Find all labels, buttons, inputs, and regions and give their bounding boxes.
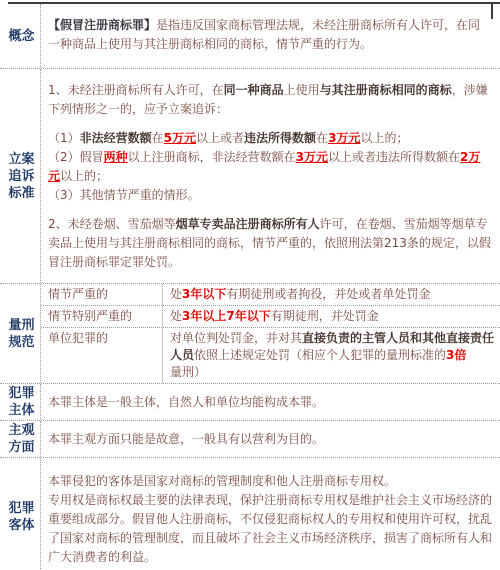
- row-content-mental-aspect: 本罪主观方面只能是故意，一般具有以营利为目的。: [41, 421, 500, 457]
- sentencing-condition: 情节特别严重的: [41, 306, 163, 327]
- row-sentencing: 量刑 规范 情节严重的 处3年以下有期徒刑或者拘役，并处或者单处罚金 情节特别严…: [0, 283, 500, 383]
- filing-intro-paragraph: 1、未经注册商标所有人许可，在同一种商品上使用与其注册商标相同的商标，涉嫌下列情…: [48, 81, 492, 119]
- row-label-mental-aspect: 主观 方面: [0, 421, 41, 457]
- text-segment: 5万元: [164, 131, 196, 145]
- table-top-right-border: [491, 4, 493, 19]
- sentencing-row-serious: 情节严重的 处3年以下有期徒刑或者拘役，并处或者单处罚金: [41, 284, 500, 305]
- text-segment: 3倍: [446, 348, 466, 362]
- row-crime-subject: 犯罪 主体 本罪主体是一般主体，自然人和单位均能构成本罪。: [0, 383, 500, 420]
- text-segment: 两种: [104, 150, 128, 164]
- sentencing-penalty: 对单位判处罚金，并对其直接负责的主管人员和其他直接责任人员依照上述规定处罚（相应…: [163, 328, 500, 383]
- filing-item-1: （1）非法经营数额在5万元以上或者违法所得数额在3万元以上的；: [48, 129, 492, 148]
- text-segment: （1）: [48, 131, 80, 145]
- text-segment: 以上或者违法所得数额在: [328, 150, 460, 164]
- text-segment: 3万元: [328, 131, 360, 145]
- text-segment: 以上的；: [60, 169, 108, 183]
- text-segment: 烟草专卖品注册商标所有人: [176, 217, 320, 231]
- text-segment: 1、未经注册商标所有人许可，在: [48, 83, 224, 97]
- row-label-sentencing: 量刑 规范: [0, 284, 41, 383]
- text-segment: 本罪主体是一般主体，自然人和单位均能构成本罪。: [48, 395, 324, 409]
- text-segment: 以上或者: [196, 131, 244, 145]
- row-filing-standard: 立案 追诉 标准 1、未经注册商标所有人许可，在同一种商品上使用与其注册商标相同…: [0, 68, 500, 283]
- text-segment: （3）其他情节严重的情形。: [48, 188, 200, 202]
- row-label-crime-subject: 犯罪 主体: [0, 384, 41, 420]
- text-segment: 专用权是商标权最主要的法律表现，保护注册商标专用权是维护社会主义市场经济的重要组…: [48, 493, 492, 564]
- text-segment: 以上注册商标，非法经营数额在: [128, 150, 296, 164]
- sentencing-condition: 情节严重的: [41, 284, 163, 305]
- text-segment: 量刑）: [170, 365, 206, 379]
- text-segment: 同一种商品: [224, 83, 284, 97]
- text-segment: 非法经营数额: [80, 131, 152, 145]
- row-crime-object: 犯罪 客体 本罪侵犯的客体是国家对商标的管理制度和他人注册商标专用权。 专用权是…: [0, 457, 500, 570]
- concept-paragraph: 【假冒注册商标罪】是指违反国家商标管理法规，未经注册商标所有人许可，在同一种商品…: [48, 16, 492, 54]
- row-label-crime-object: 犯罪 客体: [0, 458, 41, 570]
- text-segment: 2、未经卷烟、雪茄烟等: [48, 217, 176, 231]
- row-mental-aspect: 主观 方面 本罪主观方面只能是故意，一般具有以营利为目的。: [0, 420, 500, 457]
- sentencing-subtable: 情节严重的 处3年以下有期徒刑或者拘役，并处或者单处罚金 情节特别严重的 处3年…: [41, 284, 500, 383]
- trademark-crime-table: 概念 【假冒注册商标罪】是指违反国家商标管理法规，未经注册商标所有人许可，在同一…: [0, 2, 500, 570]
- object-paragraph-2: 专用权是商标权最主要的法律表现，保护注册商标专用权是维护社会主义市场经济的重要组…: [48, 491, 492, 567]
- text-segment: 【假冒注册商标罪】: [48, 18, 156, 32]
- text-segment: 与其注册商标相同的商标: [320, 83, 452, 97]
- text-segment: 上使用: [284, 83, 320, 97]
- text-segment: 违法所得数额: [244, 131, 316, 145]
- text-segment: 有期徒刑或者拘役，并处或者单处罚金: [226, 287, 430, 301]
- row-content-filing-standard: 1、未经注册商标所有人许可，在同一种商品上使用与其注册商标相同的商标，涉嫌下列情…: [41, 69, 500, 283]
- text-segment: 在: [152, 131, 164, 145]
- text-segment: 有期徒刑，并处罚金: [271, 309, 379, 323]
- filing-item-2: （2）假冒两种以上注册商标，非法经营数额在3万元以上或者违法所得数额在2万元以上…: [48, 148, 492, 186]
- subject-paragraph: 本罪主体是一般主体，自然人和单位均能构成本罪。: [48, 393, 324, 412]
- filing-item-3: （3）其他情节严重的情形。: [48, 186, 492, 205]
- mental-paragraph: 本罪主观方面只能是故意，一般具有以营利为目的。: [48, 430, 324, 449]
- row-concept: 概念 【假冒注册商标罪】是指违反国家商标管理法规，未经注册商标所有人许可，在同一…: [0, 4, 500, 68]
- row-label-concept: 概念: [0, 4, 41, 68]
- row-content-crime-subject: 本罪主体是一般主体，自然人和单位均能构成本罪。: [41, 384, 500, 420]
- text-segment: 3万元: [296, 150, 328, 164]
- sentencing-condition: 单位犯罪的: [41, 328, 163, 383]
- text-segment: 本罪主观方面只能是故意，一般具有以营利为目的。: [48, 432, 324, 446]
- row-label-filing-standard: 立案 追诉 标准: [0, 69, 41, 283]
- sentencing-row-unit-crime: 单位犯罪的 对单位判处罚金，并对其直接负责的主管人员和其他直接责任人员依照上述规…: [41, 327, 500, 383]
- row-content-crime-object: 本罪侵犯的客体是国家对商标的管理制度和他人注册商标专用权。 专用权是商标权最主要…: [41, 458, 500, 570]
- object-paragraph-1: 本罪侵犯的客体是国家对商标的管理制度和他人注册商标专用权。: [48, 472, 492, 491]
- text-segment: 在: [316, 131, 328, 145]
- text-segment: （2）假冒: [48, 150, 104, 164]
- text-segment: 3年以上7年以下: [182, 309, 271, 323]
- text-segment: 3年以下: [182, 287, 226, 301]
- text-segment: 对单位判处罚金，并对其: [170, 331, 302, 345]
- text-segment: 处: [170, 287, 182, 301]
- sentencing-row-especially-serious: 情节特别严重的 处3年以上7年以下有期徒刑，并处罚金: [41, 305, 500, 327]
- text-segment: 以上的；: [360, 131, 408, 145]
- sentencing-penalty: 处3年以上7年以下有期徒刑，并处罚金: [163, 306, 500, 327]
- filing-tobacco-paragraph: 2、未经卷烟、雪茄烟等烟草专卖品注册商标所有人许可，在卷烟、雪茄烟等烟草专卖品上…: [48, 215, 492, 272]
- text-segment: 本罪侵犯的客体是国家对商标的管理制度和他人注册商标专用权。: [48, 474, 396, 488]
- text-segment: 依照上述规定处罚（相应个人犯罪的量刑标准的: [194, 348, 446, 362]
- sentencing-penalty: 处3年以下有期徒刑或者拘役，并处或者单处罚金: [163, 284, 500, 305]
- row-content-concept: 【假冒注册商标罪】是指违反国家商标管理法规，未经注册商标所有人许可，在同一种商品…: [41, 4, 500, 68]
- text-segment: 处: [170, 309, 182, 323]
